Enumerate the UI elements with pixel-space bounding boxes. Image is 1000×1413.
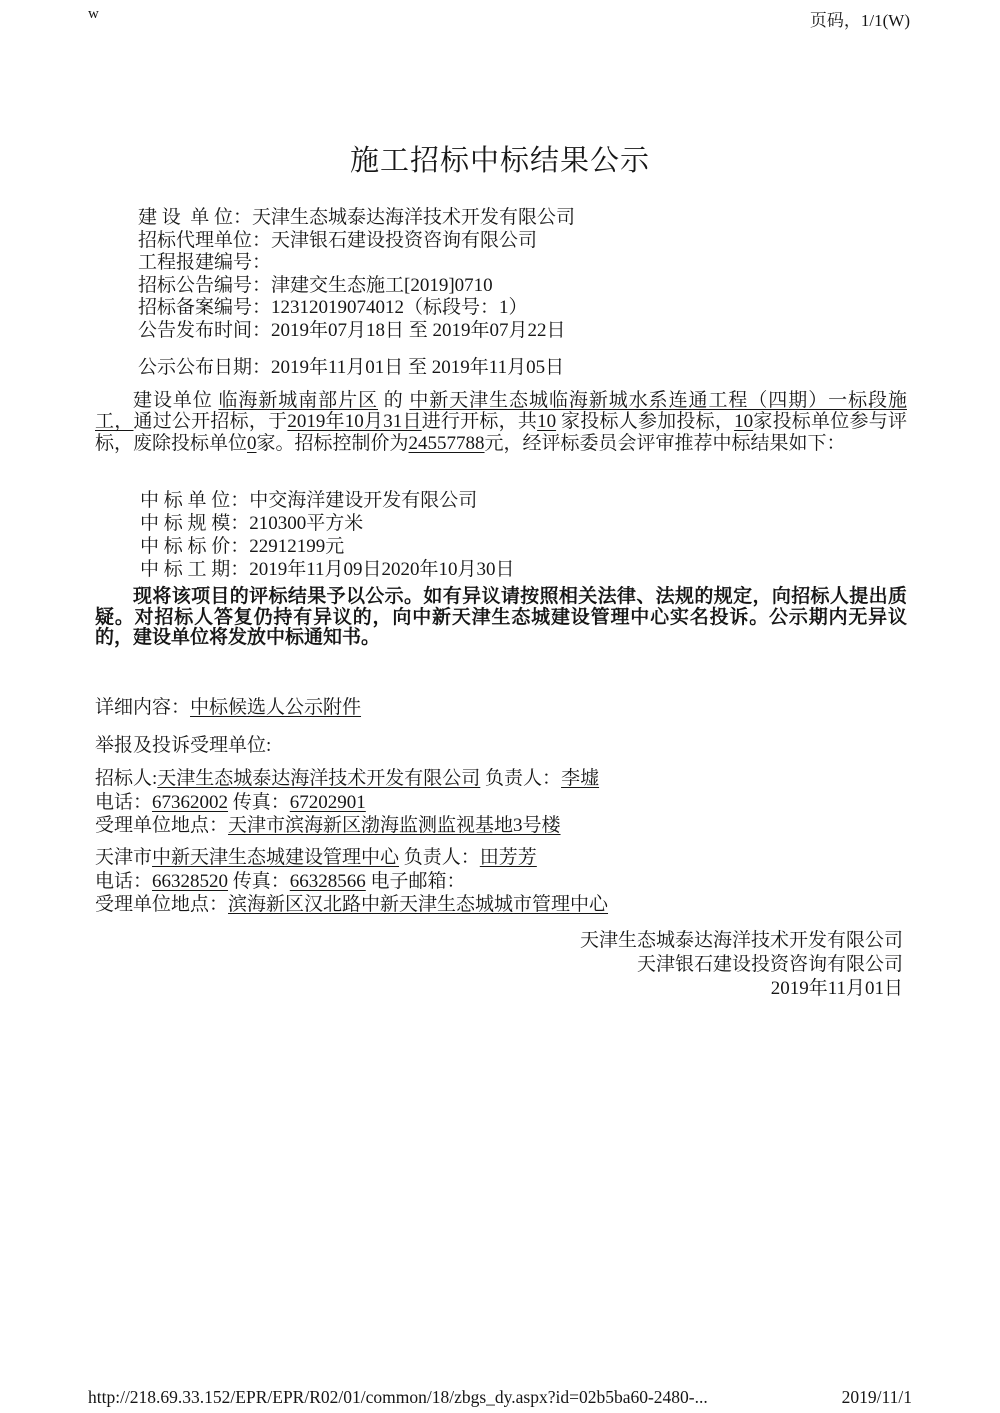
tenderer-name: 天津生态城泰达海洋技术开发有限公司 — [157, 768, 480, 789]
bid-opening-date: 2019年10月31日 — [287, 411, 421, 432]
attachment-link[interactable]: 中标候选人公示附件 — [190, 697, 361, 718]
info-value: 天津生态城泰达海洋技术开发有限公司 — [252, 207, 575, 228]
publicity-date-label: 公示公布日期： — [138, 357, 271, 378]
info-row-record-no: 招标备案编号：12312019074012（标段号：1） — [138, 297, 575, 320]
info-label: 工程报建编号： — [138, 252, 271, 273]
address-label: 受理单位地点： — [95, 815, 228, 836]
award-row-scale: 中 标 规 模：210300平方米 — [140, 512, 515, 535]
signature-date: 2019年11月01日 — [580, 977, 903, 1001]
address-value: 滨海新区汉北路中新天津生态城城市管理中心 — [228, 894, 608, 915]
footer-date: 2019/11/1 — [842, 1387, 912, 1408]
tenderer-contact-block: 招标人:天津生态城泰达海洋技术开发有限公司 负责人：李墟 电话：67362002… — [95, 767, 599, 838]
award-row-price: 中 标 标 价：22912199元 — [140, 535, 515, 558]
evaluated-bidder-count: 10 — [734, 411, 753, 432]
fax-label: 传真： — [228, 792, 290, 813]
authority-prefix: 天津市 — [95, 847, 152, 868]
signature-company-1: 天津生态城泰达海洋技术开发有限公司 — [580, 929, 903, 953]
info-row-announcement-no: 招标公告编号：津建交生态施工[2019]0710 — [138, 275, 575, 298]
authority-phone-line: 电话：66328520 传真：66328566 电子邮箱： — [95, 870, 608, 894]
footer-url: http://218.69.33.152/EPR/EPR/R02/01/comm… — [88, 1387, 708, 1408]
info-value: 天津银石建设投资咨询有限公司 — [271, 230, 537, 251]
project-info-block: 建 设 单 位：天津生态城泰达海洋技术开发有限公司 招标代理单位：天津银石建设投… — [138, 207, 575, 343]
email-label: 电子邮箱： — [366, 871, 466, 892]
info-row-announcement-dates: 公告发布时间：2019年07月18日 至 2019年07月22日 — [138, 320, 575, 343]
info-row-project-filing-no: 工程报建编号： — [138, 252, 575, 275]
responsible-label: 负责人： — [399, 847, 480, 868]
info-value: 12312019074012（标段号：1） — [271, 297, 528, 318]
info-label: 招标公告编号： — [138, 275, 271, 296]
tenderer-phone-line: 电话：67362002 传真：67202901 — [95, 791, 599, 815]
award-label: 中 标 工 期： — [140, 559, 249, 580]
responsible-person: 李墟 — [561, 768, 599, 789]
award-value: 210300平方米 — [249, 513, 363, 534]
award-label: 中 标 标 价： — [140, 536, 249, 557]
info-label: 建 设 单 位： — [138, 207, 252, 228]
info-row-agency: 招标代理单位：天津银石建设投资咨询有限公司 — [138, 230, 575, 253]
address-label: 受理单位地点： — [95, 894, 228, 915]
info-label: 公告发布时间： — [138, 320, 271, 341]
fax-number: 66328566 — [290, 871, 366, 892]
fax-label: 传真： — [228, 871, 290, 892]
responsible-label: 负责人： — [480, 768, 561, 789]
award-label: 中 标 单 位： — [140, 490, 249, 511]
fax-number: 67202901 — [290, 792, 366, 813]
tenderer-address-line: 受理单位地点：天津市滨海新区渤海监测监视基地3号楼 — [95, 814, 599, 838]
award-value: 22912199元 — [249, 536, 344, 557]
header-page-number: 页码，1/1(W) — [810, 6, 910, 31]
control-price: 24557788 — [409, 433, 485, 454]
district-name: 临海新城南部片区 — [218, 390, 378, 411]
intro-paragraph: 建设单位 临海新城南部片区 的 中新天津生态城临海新城水系连通工程（四期）一标段… — [95, 390, 907, 454]
print-header: w 页码，1/1(W) — [88, 6, 910, 31]
authority-contact-block: 天津市中新天津生态城建设管理中心 负责人：田芳芳 电话：66328520 传真：… — [95, 846, 608, 917]
intro-text: 通过公开招标，于 — [133, 411, 287, 432]
info-label: 招标备案编号： — [138, 297, 271, 318]
authority-name: 中新天津生态城建设管理中心 — [152, 847, 399, 868]
publicity-date-value: 2019年11月01日 至 2019年11月05日 — [271, 357, 564, 378]
intro-text: 元，经评标委员会评审推荐中标结果如下： — [485, 433, 846, 454]
tenderer-label: 招标人: — [95, 768, 157, 789]
award-result-block: 中 标 单 位：中交海洋建设开发有限公司 中 标 规 模：210300平方米 中… — [140, 489, 515, 581]
intro-text: 的 — [378, 390, 409, 411]
award-value: 2019年11月09日2020年10月30日 — [249, 559, 514, 580]
award-row-duration: 中 标 工 期：2019年11月09日2020年10月30日 — [140, 558, 515, 581]
report-heading: 举报及投诉受理单位: — [95, 730, 271, 757]
info-value: 2019年07月18日 至 2019年07月22日 — [271, 320, 566, 341]
header-left-mark: w — [88, 6, 99, 31]
phone-number: 66328520 — [152, 871, 228, 892]
bidder-count: 10 — [537, 411, 556, 432]
detail-label: 详细内容： — [95, 697, 190, 718]
award-value: 中交海洋建设开发有限公司 — [249, 490, 477, 511]
phone-label: 电话： — [95, 792, 152, 813]
signature-block: 天津生态城泰达海洋技术开发有限公司 天津银石建设投资咨询有限公司 2019年11… — [580, 929, 903, 1000]
address-value: 天津市滨海新区渤海监测监视基地3号楼 — [228, 815, 561, 836]
info-label: 招标代理单位： — [138, 230, 271, 251]
authority-address-line: 受理单位地点：滨海新区汉北路中新天津生态城城市管理中心 — [95, 893, 608, 917]
print-footer: http://218.69.33.152/EPR/EPR/R02/01/comm… — [88, 1387, 912, 1408]
info-row-construction-unit: 建 设 单 位：天津生态城泰达海洋技术开发有限公司 — [138, 207, 575, 230]
detail-row: 详细内容：中标候选人公示附件 — [95, 692, 361, 719]
phone-label: 电话： — [95, 871, 152, 892]
tenderer-line: 招标人:天津生态城泰达海洋技术开发有限公司 负责人：李墟 — [95, 767, 599, 791]
notice-paragraph: 现将该项目的评标结果予以公示。如有异议请按照相关法律、法规的规定，向招标人提出质… — [95, 587, 907, 649]
authority-line: 天津市中新天津生态城建设管理中心 负责人：田芳芳 — [95, 846, 608, 870]
signature-company-2: 天津银石建设投资咨询有限公司 — [580, 953, 903, 977]
page-title: 施工招标中标结果公示 — [0, 138, 1000, 179]
rejected-bidder-count: 0 — [247, 433, 257, 454]
info-value: 津建交生态施工[2019]0710 — [271, 275, 493, 296]
publicity-date-row: 公示公布日期：2019年11月01日 至 2019年11月05日 — [138, 352, 564, 379]
award-label: 中 标 规 模： — [140, 513, 249, 534]
phone-number: 67362002 — [152, 792, 228, 813]
document-page: w 页码，1/1(W) 施工招标中标结果公示 建 设 单 位：天津生态城泰达海洋… — [0, 0, 1000, 1413]
award-row-winner: 中 标 单 位：中交海洋建设开发有限公司 — [140, 489, 515, 512]
intro-text: 建设单位 — [133, 390, 218, 411]
responsible-person: 田芳芳 — [480, 847, 537, 868]
intro-text: 家投标人参加投标， — [556, 411, 734, 432]
intro-text: 进行开标，共 — [422, 411, 537, 432]
intro-text: 家。招标控制价为 — [257, 433, 409, 454]
